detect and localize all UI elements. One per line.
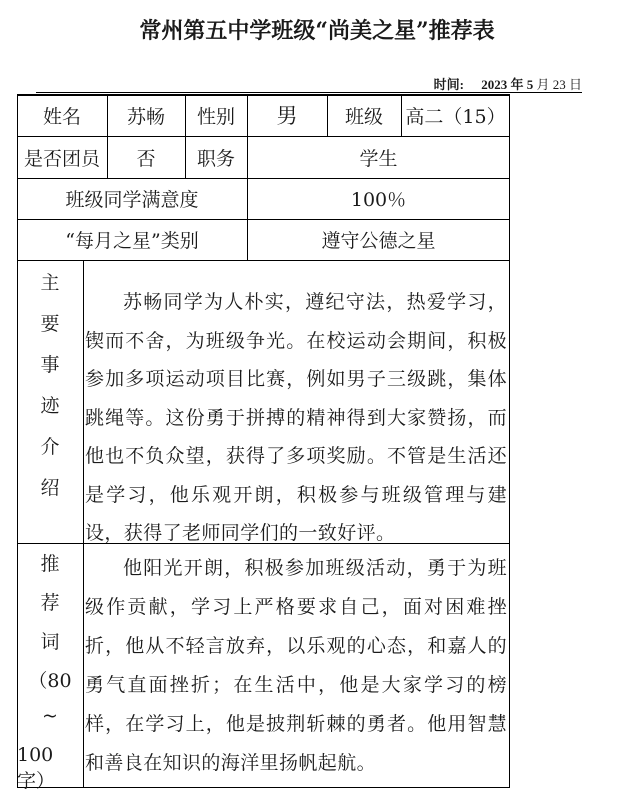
name-value: 苏畅 xyxy=(107,94,185,136)
deeds-label-char: 主 xyxy=(40,268,59,309)
date-day-char: 日 xyxy=(569,77,582,92)
recommendation-text: 他阳光开朗，积极参加班级活动，勇于为班级作贡献，学习上严格要求自己，面对困难挫折… xyxy=(85,549,507,783)
position-value: 学生 xyxy=(247,136,510,178)
league-member-label: 是否团员 xyxy=(17,136,107,178)
name-label: 姓名 xyxy=(17,94,107,136)
gender-value: 男 xyxy=(247,94,327,136)
deeds-label-char: 介 xyxy=(40,432,59,473)
recommendation-label-line: （80 xyxy=(28,666,71,705)
satisfaction-label: 班级同学满意度 xyxy=(17,178,247,219)
row-divider xyxy=(17,260,510,261)
deeds-text: 苏畅同学为人朴实，遵纪守法，热爱学习，锲而不舍，为班级争光。在校运动会期间，积极… xyxy=(85,283,507,553)
recommendation-label-line: 荐 xyxy=(40,588,59,627)
satisfaction-value: 100％ xyxy=(247,178,510,219)
recommendation-label-line: ~ xyxy=(42,705,58,744)
date: 时间: 2023 年 5 月 23 日 xyxy=(434,74,582,93)
deeds-label-char: 事 xyxy=(40,350,59,391)
class-label: 班级 xyxy=(327,94,401,136)
gender-label: 性别 xyxy=(185,94,247,136)
recommendation-label-line: 词 xyxy=(40,627,59,666)
date-label: 时间: xyxy=(434,77,464,92)
star-type-label: “每月之星”类别 xyxy=(17,219,247,260)
date-month-char: 月 xyxy=(536,77,549,92)
position-label: 职务 xyxy=(185,136,247,178)
recommendation-label-line: 100 字） xyxy=(17,744,83,783)
deeds-label: 主 要 事 迹 介 绍 xyxy=(17,268,83,514)
date-line: 时间: 2023 年 5 月 23 日 xyxy=(36,74,582,93)
deeds-label-char: 绍 xyxy=(40,473,59,514)
deeds-label-char: 要 xyxy=(40,309,59,350)
recommendation-label: 推 荐 词 （80 ~ 100 字） xyxy=(17,549,83,783)
date-day: 23 xyxy=(553,77,566,92)
form-title: 常州第五中学班级“尚美之星”推荐表 xyxy=(0,14,634,45)
recommendation-label-line: 推 xyxy=(40,549,59,588)
date-year-month: 2023 年 5 xyxy=(481,77,533,92)
star-type-value: 遵守公德之星 xyxy=(247,219,510,260)
deeds-label-char: 迹 xyxy=(40,391,59,432)
league-member-value: 否 xyxy=(107,136,185,178)
class-value: 高二（15） xyxy=(401,94,510,136)
